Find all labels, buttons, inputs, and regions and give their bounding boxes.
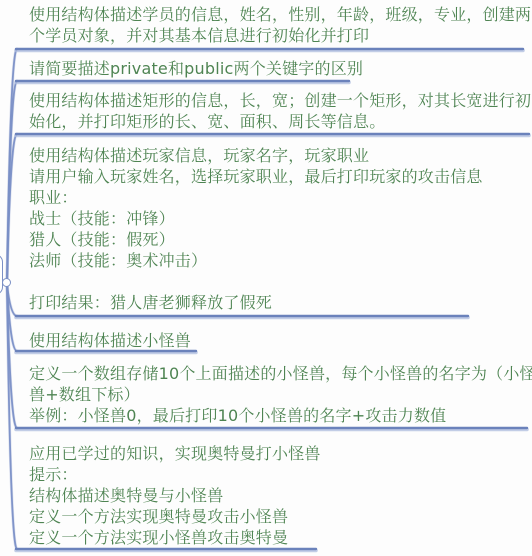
topic-line: 使用结构体描述玩家信息，玩家名字，玩家职业 <box>29 145 483 166</box>
topic-2[interactable]: 请简要描述private和public两个关键字的区别 <box>29 58 363 79</box>
topic-line: 举例：小怪兽0，最后打印10个小怪兽的名字+攻击力数值 <box>29 405 532 426</box>
topic-line: 应用已学过的知识，实现奥特曼打小怪兽 <box>29 443 321 464</box>
mindmap-canvas: 使用结构体描述学员的信息，姓名，性别，年龄，班级，专业，创建两个学员对象，并对其… <box>0 0 532 556</box>
topic-line: 定义一个方法实现奥特曼攻击小怪兽 <box>29 506 321 527</box>
topic-6[interactable]: 定义一个数组存储10个上面描述的小怪兽，每个小怪兽的名字为（小怪兽+数组下标）举… <box>29 363 532 426</box>
topic-line: 定义一个方法实现小怪兽攻击奥特曼 <box>29 527 321 548</box>
topic-line <box>29 271 483 292</box>
topic-line: 打印结果：猎人唐老狮释放了假死 <box>29 292 483 313</box>
topic-line: 个学员对象，并对其基本信息进行初始化并打印 <box>29 25 531 46</box>
topic-1[interactable]: 使用结构体描述学员的信息，姓名，性别，年龄，班级，专业，创建两个学员对象，并对其… <box>29 4 531 46</box>
topic-line: 兽+数组下标） <box>29 384 532 405</box>
topic-line: 定义一个数组存储10个上面描述的小怪兽，每个小怪兽的名字为（小怪 <box>29 363 532 384</box>
topic-line: 结构体描述奥特曼与小怪兽 <box>29 485 321 506</box>
parent-topic-stub[interactable] <box>0 254 3 295</box>
topic-line: 使用结构体描述学员的信息，姓名，性别，年龄，班级，专业，创建两 <box>29 4 531 25</box>
topic-line: 职业： <box>29 187 483 208</box>
topic-line: 提示： <box>29 464 321 485</box>
topic-line: 请用户输入玩家姓名，选择玩家职业，最后打印玩家的攻击信息 <box>29 166 483 187</box>
topic-line: 始化，并打印矩形的长、宽、面积、周长等信息。 <box>29 111 531 132</box>
topic-line: 猎人（技能：假死） <box>29 229 483 250</box>
topic-5[interactable]: 使用结构体描述小怪兽 <box>29 330 191 351</box>
collapse-handle-icon[interactable] <box>2 278 11 287</box>
topic-4[interactable]: 使用结构体描述玩家信息，玩家名字，玩家职业请用户输入玩家姓名，选择玩家职业，最后… <box>29 145 483 313</box>
topic-line: 法师（技能：奥术冲击） <box>29 250 483 271</box>
topic-line: 使用结构体描述小怪兽 <box>29 330 191 351</box>
topic-line: 使用结构体描述矩形的信息，长，宽；创建一个矩形，对其长宽进行初 <box>29 90 531 111</box>
topic-7[interactable]: 应用已学过的知识，实现奥特曼打小怪兽提示：结构体描述奥特曼与小怪兽定义一个方法实… <box>29 443 321 548</box>
topic-line: 请简要描述private和public两个关键字的区别 <box>29 58 363 79</box>
topic-line: 战士（技能：冲锋） <box>29 208 483 229</box>
topic-3[interactable]: 使用结构体描述矩形的信息，长，宽；创建一个矩形，对其长宽进行初始化，并打印矩形的… <box>29 90 531 132</box>
